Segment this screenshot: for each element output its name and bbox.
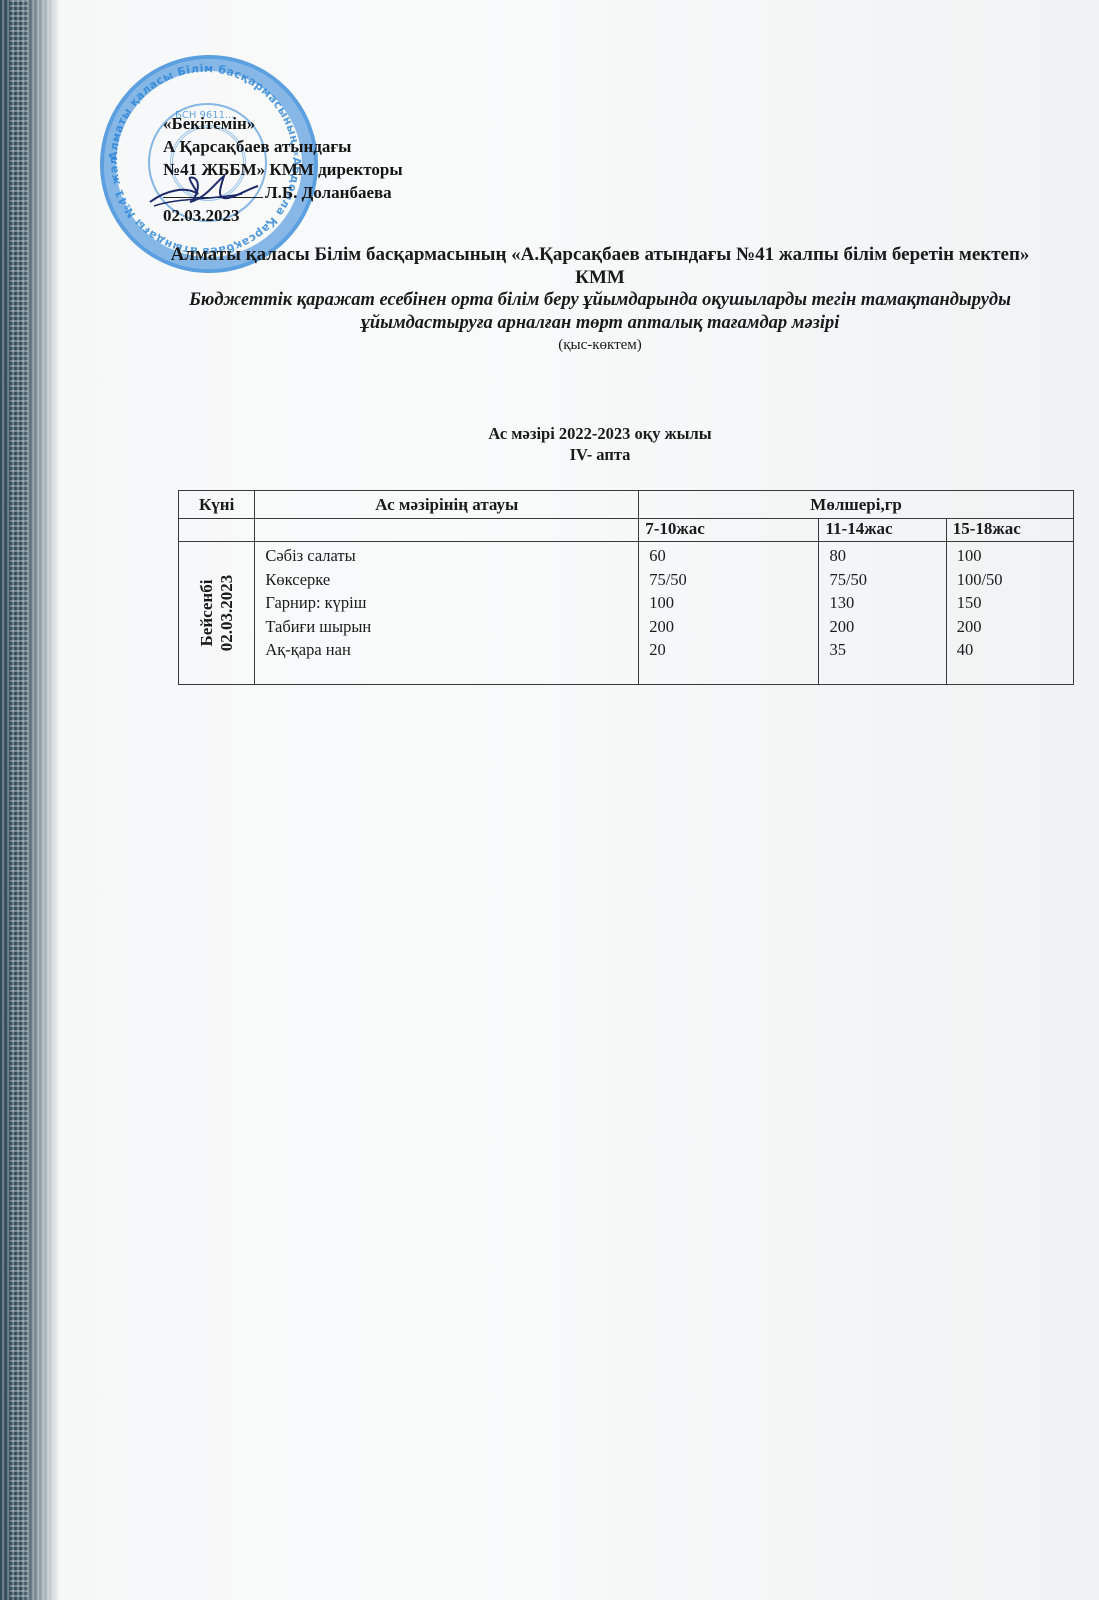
organization-title: Алматы қаласы Білім басқармасының «А.Қар… [160,243,1040,289]
amount-value: 35 [829,638,939,662]
empty-cell [179,519,255,542]
season-label: (қыс-көктем) [160,335,1040,355]
menu-year: Ас мәзірі 2022-2023 оқу жылы [360,423,840,444]
dish-list: Сәбіз салаты Көксерке Гарнир: күріш Таби… [255,542,639,685]
table-subheader-row: 7-10жас 11-14жас 15-18жас [179,519,1074,542]
document-header: Алматы қаласы Білім басқармасының «А.Қар… [160,243,1040,355]
menu-week: IV- апта [360,444,840,465]
age-group-11-14: 11-14жас [819,519,946,542]
amount-value: 200 [829,615,939,639]
dish-item: Гарнир: күріш [265,591,632,615]
dish-item: Табиғи шырын [265,615,632,639]
scanned-page: Алматы қаласы Білім басқармасының «Абдол… [0,0,1099,1600]
amount-value: 100 [957,544,1067,568]
empty-cell [255,519,639,542]
amount-value: 200 [957,615,1067,639]
day-cell: Бейсенбі 02.03.2023 [179,542,255,685]
dish-item: Ақ-қара нан [265,638,632,662]
amount-value: 40 [957,638,1067,662]
approval-label: «Бекітемін» [163,112,403,135]
header-amount: Мөлшері,гр [639,491,1074,519]
amount-value: 80 [829,544,939,568]
amounts-7-10: 60 75/50 100 200 20 [639,542,819,685]
amount-value: 130 [829,591,939,615]
menu-heading: Ас мәзірі 2022-2023 оқу жылы IV- апта [360,423,840,465]
amount-value: 60 [649,544,812,568]
amount-value: 200 [649,615,812,639]
header-day: Күні [179,491,255,519]
amount-value: 100/50 [957,568,1067,592]
director-name: Л.Б. Доланбаева [265,183,392,202]
day-date: 02.03.2023 [217,575,237,652]
amount-value: 75/50 [829,568,939,592]
document-subtitle: Бюджеттік қаражат есебінен орта білім бе… [160,289,1040,335]
menu-table: Күні Ас мәзірінің атауы Мөлшері,гр 7-10ж… [178,490,1074,685]
amount-value: 20 [649,638,812,662]
approval-school: А Қарсақбаев атындағы [163,135,403,158]
amount-value: 150 [957,591,1067,615]
amounts-15-18: 100 100/50 150 200 40 [946,542,1073,685]
age-group-7-10: 7-10жас [639,519,819,542]
amounts-11-14: 80 75/50 130 200 35 [819,542,946,685]
header-dish: Ас мәзірінің атауы [255,491,639,519]
dish-item: Сәбіз салаты [265,544,632,568]
day-name: Бейсенбі [197,575,217,652]
amount-value: 75/50 [649,568,812,592]
amount-value: 100 [649,591,812,615]
dish-item: Көксерке [265,568,632,592]
signature-icon [146,172,266,212]
table-row: Бейсенбі 02.03.2023 Сәбіз салаты Көксерк… [179,542,1074,685]
table-header-row: Күні Ас мәзірінің атауы Мөлшері,гр [179,491,1074,519]
age-group-15-18: 15-18жас [946,519,1073,542]
